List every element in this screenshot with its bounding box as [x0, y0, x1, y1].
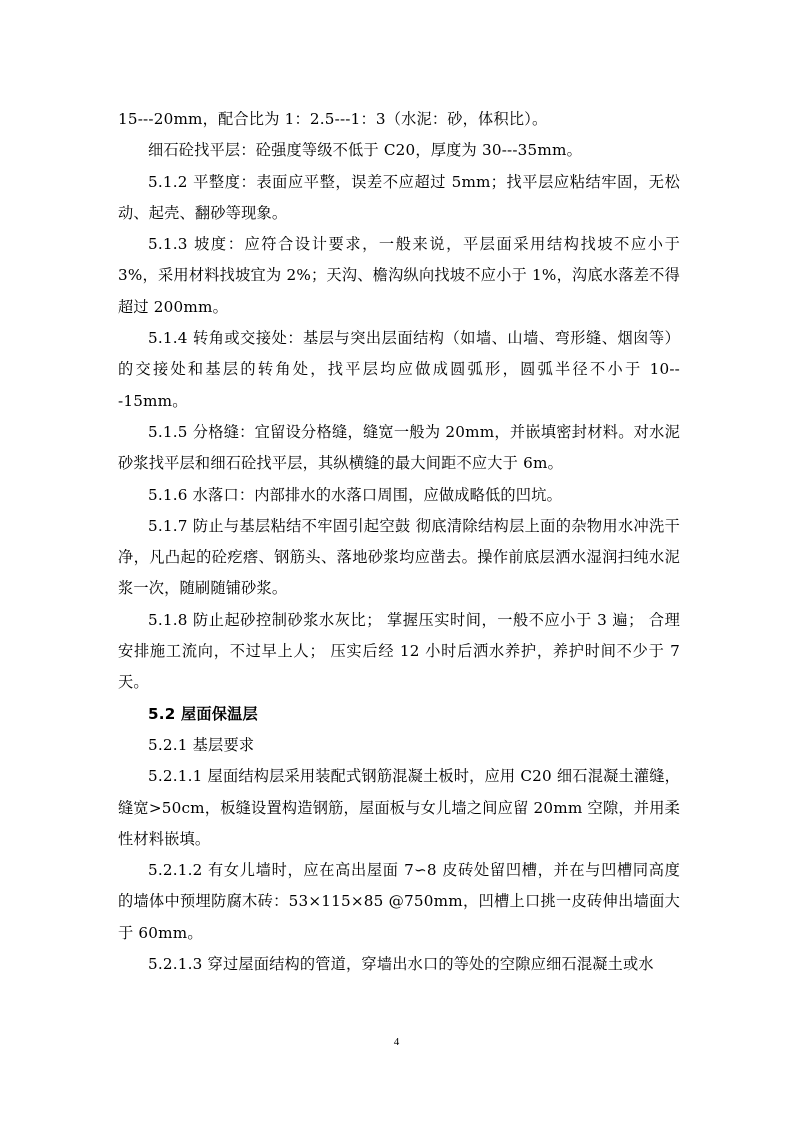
document-page-body: 15---20mm，配合比为 1：2.5---1：3（水泥：砂，体积比）。 细石… — [118, 104, 680, 980]
paragraph-5-1-5-joints: 5.1.5 分格缝：宜留设分格缝，缝宽一般为 20mm，并嵌填密封材料。对水泥砂… — [118, 417, 680, 480]
paragraph-fine-concrete-screed: 细石砼找平层：砼强度等级不低于 C20，厚度为 30---35mm。 — [118, 135, 680, 166]
section-heading-5-2: 5.2 屋面保温层 — [118, 699, 680, 730]
paragraph-mortar-ratio: 15---20mm，配合比为 1：2.5---1：3（水泥：砂，体积比）。 — [118, 104, 680, 135]
paragraph-5-1-3-slope: 5.1.3 坡度：应符合设计要求，一般来说，平层面采用结构找坡不应小于 3%，采… — [118, 229, 680, 323]
paragraph-5-1-2-flatness: 5.1.2 平整度：表面应平整，误差不应超过 5mm；找平层应粘结牢固，无松动、… — [118, 167, 680, 230]
paragraph-5-2-1-2: 5.2.1.2 有女儿墙时，应在高出屋面 7∽8 皮砖处留凹槽，并在与凹槽同高度… — [118, 855, 680, 949]
paragraph-5-1-4-corners: 5.1.4 转角或交接处：基层与突出层面结构（如墙、山墙、弯形缝、烟囱等）的交接… — [118, 323, 680, 417]
paragraph-5-2-1-3: 5.2.1.3 穿过屋面结构的管道，穿墙出水口的等处的空隙应细石混凝土或水 — [118, 949, 680, 980]
paragraph-5-1-6-drain-outlet: 5.1.6 水落口：内部排水的水落口周围，应做成略低的凹坑。 — [118, 480, 680, 511]
paragraph-5-2-1-1: 5.2.1.1 屋面结构层采用装配式钢筋混凝土板时，应用 C20 细石混凝土灌缝… — [118, 761, 680, 855]
paragraph-5-1-7-hollowing: 5.1.7 防止与基层粘结不牢固引起空鼓 彻底清除结构层上面的杂物用水冲洗干净，… — [118, 511, 680, 605]
page-number: 4 — [0, 1036, 793, 1048]
paragraph-5-1-8-sanding: 5.1.8 防止起砂控制砂浆水灰比； 掌握压实时间，一般不应小于 3 遍； 合理… — [118, 605, 680, 699]
paragraph-5-2-1-base-requirements: 5.2.1 基层要求 — [118, 730, 680, 761]
